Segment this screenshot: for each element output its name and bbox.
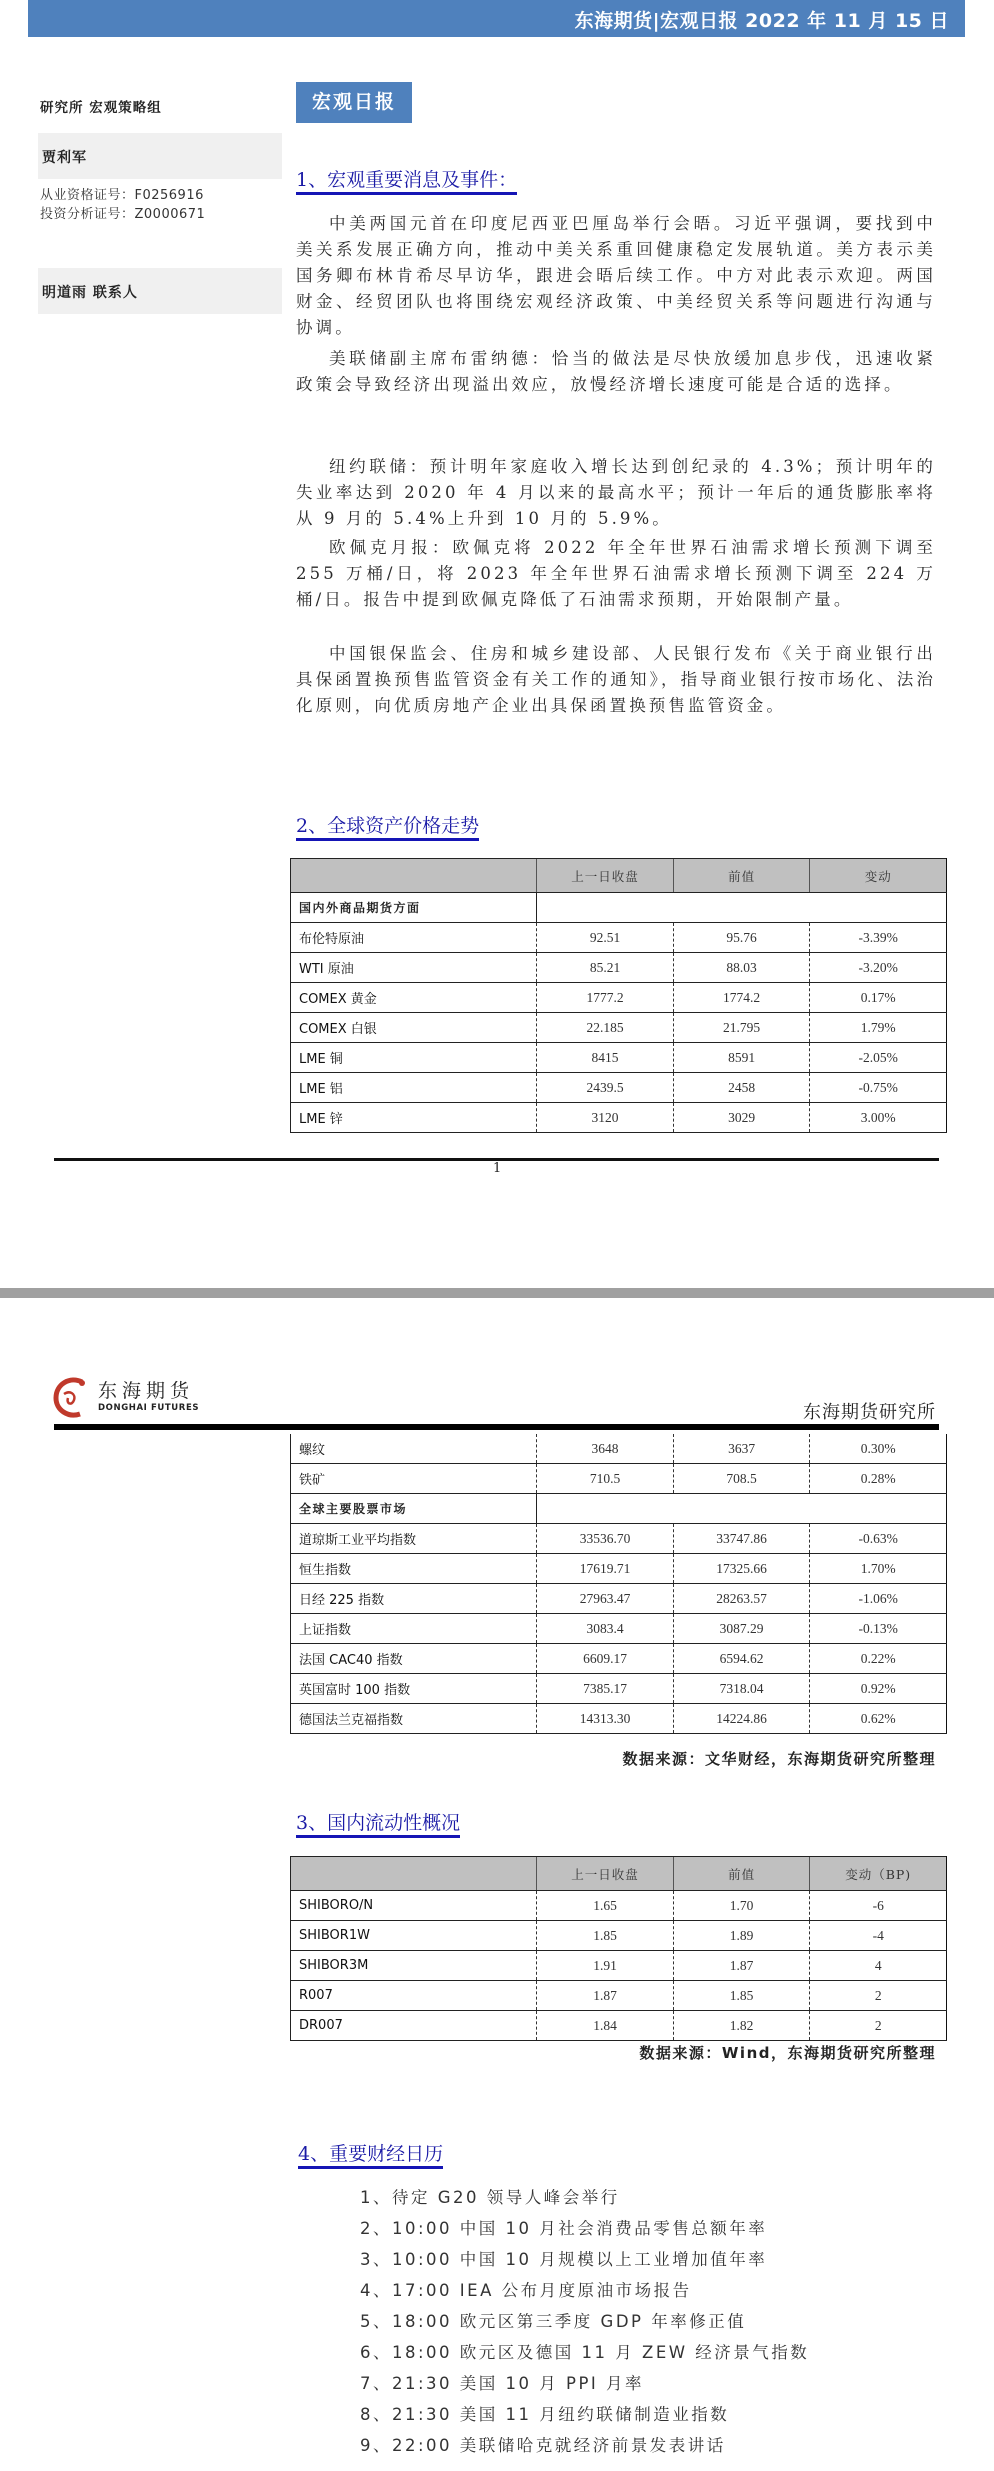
table-row: 日经 225 指数 27963.47 28263.57 -1.06% bbox=[291, 1584, 947, 1614]
table-row: WTI 原油 85.21 88.03 -3.20% bbox=[291, 953, 947, 983]
data-source-note: 数据来源：Wind，东海期货研究所整理 bbox=[639, 2042, 936, 2063]
news-paragraph: 中国银保监会、住房和城乡建设部、人民银行发布《关于商业银行出具保函置换预售监管资… bbox=[296, 641, 936, 719]
calendar-item: 3、10:00 中国 10 月规模以上工业增加值年率 bbox=[360, 2244, 809, 2275]
news-paragraph: 美联储副主席布雷纳德：恰当的做法是尽快放缓加息步伐，迅速收紧政策会导致经济出现溢… bbox=[296, 346, 936, 398]
table-row: SHIBOR1W 1.85 1.89 -4 bbox=[291, 1921, 947, 1951]
calendar-item: 5、18:00 欧元区第三季度 GDP 年率修正值 bbox=[360, 2306, 809, 2337]
table-row: 法国 CAC40 指数 6609.17 6594.62 0.22% bbox=[291, 1644, 947, 1674]
table-header-row: 上一日收盘 前值 变动 bbox=[291, 859, 947, 893]
table-row: 恒生指数 17619.71 17325.66 1.70% bbox=[291, 1554, 947, 1584]
column-header: 变动 bbox=[810, 859, 947, 893]
column-header: 前值 bbox=[673, 859, 810, 893]
column-header: 上一日收盘 bbox=[537, 859, 674, 893]
table-row: COMEX 白银 22.185 21.795 1.79% bbox=[291, 1013, 947, 1043]
news-paragraph: 纽约联储：预计明年家庭收入增长达到创纪录的 4.3%；预计明年的失业率达到 20… bbox=[296, 454, 936, 532]
section3-heading[interactable]: 3、国内流动性概况 bbox=[296, 1811, 460, 1838]
calendar-item: 8、21:30 美国 11 月纽约联储制造业指数 bbox=[360, 2399, 809, 2430]
report-banner: 东海期货|宏观日报 2022 年 11 月 15 日 bbox=[28, 0, 965, 37]
news-paragraph: 中美两国元首在印度尼西亚巴厘岛举行会晤。习近平强调，要找到中美关系发展正确方向，… bbox=[296, 211, 936, 341]
column-header bbox=[291, 859, 537, 893]
page-header-org: 东海期货研究所 bbox=[803, 1398, 936, 1424]
section2-heading[interactable]: 2、全球资产价格走势 bbox=[296, 814, 479, 841]
table-row: 德国法兰克福指数 14313.30 14224.86 0.62% bbox=[291, 1704, 947, 1734]
contact-box: 明道雨 联系人 bbox=[38, 268, 282, 314]
calendar-item: 6、18:00 欧元区及德国 11 月 ZEW 经济景气指数 bbox=[360, 2337, 809, 2368]
logo-chinese-text: 东海期货 bbox=[98, 1376, 194, 1403]
table-row: LME 锌 3120 3029 3.00% bbox=[291, 1103, 947, 1133]
table-row: SHIBORO/N 1.65 1.70 -6 bbox=[291, 1891, 947, 1921]
category-label: 国内外商品期货方面 bbox=[291, 893, 537, 923]
calendar-item: 7、21:30 美国 10 月 PPI 月率 bbox=[360, 2368, 809, 2399]
calendar-item: 1、待定 G20 领导人峰会举行 bbox=[360, 2182, 809, 2213]
page-separator bbox=[0, 1288, 994, 1298]
analyst-box: 贾利军 bbox=[38, 133, 282, 179]
table-row: 上证指数 3083.4 3087.29 -0.13% bbox=[291, 1614, 947, 1644]
calendar-item: 4、17:00 IEA 公布月度原油市场报告 bbox=[360, 2275, 809, 2306]
contact-name: 明道雨 联系人 bbox=[42, 282, 138, 302]
donghai-logo: 东海期货 DONGHAI FUTURES bbox=[52, 1376, 202, 1422]
news-paragraph: 欧佩克月报：欧佩克将 2022 年全年世界石油需求增长预测下调至 255 万桶/… bbox=[296, 535, 936, 613]
license-qualification: 从业资格证号：F0256916 bbox=[40, 184, 204, 203]
economic-calendar-list: 1、待定 G20 领导人峰会举行 2、10:00 中国 10 月社会消费品零售总… bbox=[360, 2182, 809, 2461]
asset-price-table-continued: 螺纹 3648 3637 0.30% 铁矿 710.5 708.5 0.28% … bbox=[290, 1434, 947, 1734]
table-row: SHIBOR3M 1.91 1.87 4 bbox=[291, 1951, 947, 1981]
page-number: 1 bbox=[493, 1161, 501, 1176]
table-row: COMEX 黄金 1777.2 1774.2 0.17% bbox=[291, 983, 947, 1013]
sidebar-department: 研究所 宏观策略组 bbox=[40, 96, 162, 116]
banner-title: 东海期货|宏观日报 2022 年 11 月 15 日 bbox=[575, 6, 949, 33]
table-row: 英国富时 100 指数 7385.17 7318.04 0.92% bbox=[291, 1674, 947, 1704]
calendar-item: 9、22:00 美联储哈克就经济前景发表讲话 bbox=[360, 2430, 809, 2461]
category-label: 全球主要股票市场 bbox=[291, 1494, 537, 1524]
table-row: 铁矿 710.5 708.5 0.28% bbox=[291, 1464, 947, 1494]
section4-heading[interactable]: 4、重要财经日历 bbox=[298, 2142, 443, 2169]
calendar-item: 2、10:00 中国 10 月社会消费品零售总额年率 bbox=[360, 2213, 809, 2244]
asset-price-table: 上一日收盘 前值 变动 国内外商品期货方面 布伦特原油 92.51 95.76 … bbox=[290, 858, 947, 1133]
column-header: 上一日收盘 bbox=[537, 1857, 674, 1891]
table-row: LME 铝 2439.5 2458 -0.75% bbox=[291, 1073, 947, 1103]
page-header-rule bbox=[54, 1424, 939, 1430]
column-header: 变动（BP) bbox=[810, 1857, 947, 1891]
dragon-logo-icon bbox=[52, 1376, 90, 1418]
table-row: 道琼斯工业平均指数 33536.70 33747.86 -0.63% bbox=[291, 1524, 947, 1554]
table-row: 螺纹 3648 3637 0.30% bbox=[291, 1434, 947, 1464]
section1-heading[interactable]: 1、宏观重要消息及事件： bbox=[296, 168, 517, 195]
table-row: 布伦特原油 92.51 95.76 -3.39% bbox=[291, 923, 947, 953]
table-row: R007 1.87 1.85 2 bbox=[291, 1981, 947, 2011]
data-source-note: 数据来源：文华财经，东海期货研究所整理 bbox=[622, 1748, 936, 1769]
category-row: 国内外商品期货方面 bbox=[291, 893, 947, 923]
analyst-name: 贾利军 bbox=[42, 147, 87, 167]
logo-english-text: DONGHAI FUTURES bbox=[98, 1403, 199, 1413]
table-header-row: 上一日收盘 前值 变动（BP) bbox=[291, 1857, 947, 1891]
report-type-tag: 宏观日报 bbox=[296, 82, 412, 123]
table-row: DR007 1.84 1.82 2 bbox=[291, 2011, 947, 2041]
column-header: 前值 bbox=[673, 1857, 810, 1891]
category-row: 全球主要股票市场 bbox=[291, 1494, 947, 1524]
license-investment: 投资分析证号：Z0000671 bbox=[40, 203, 205, 222]
column-header bbox=[291, 1857, 537, 1891]
table-row: LME 铜 8415 8591 -2.05% bbox=[291, 1043, 947, 1073]
liquidity-table: 上一日收盘 前值 变动（BP) SHIBORO/N 1.65 1.70 -6 S… bbox=[290, 1856, 947, 2041]
